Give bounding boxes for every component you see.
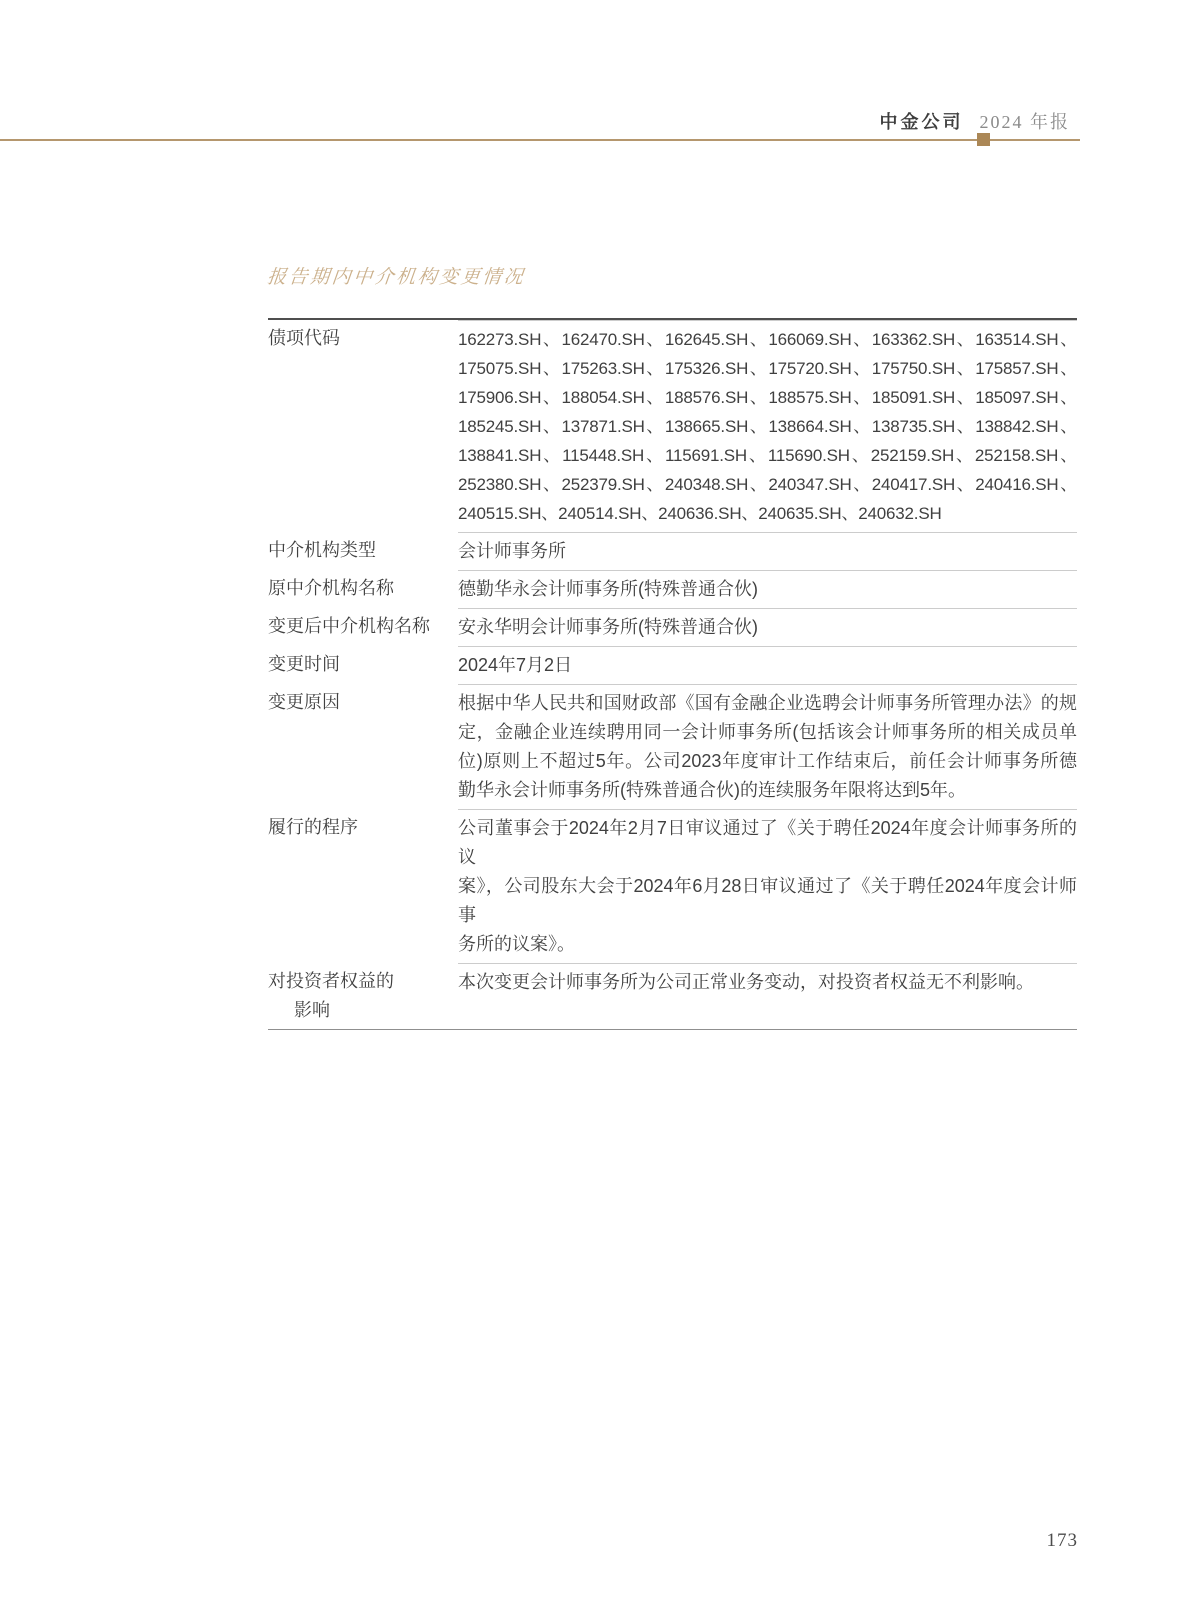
row-label-line: 对投资者权益的 (268, 971, 394, 991)
row-value: 德勤华永会计师事务所(特殊普通合伙) (458, 570, 1077, 608)
row-label: 履行的程序 (268, 809, 458, 963)
header-rule-square-icon (977, 133, 990, 146)
value-line: 案》，公司股东大会于2024年6月28日审议通过了《关于聘任2024年度会计师事 (458, 872, 1077, 930)
row-value: 根据中华人民共和国财政部《国有金融企业选聘会计师事务所管理办法》的规 定，金融企… (458, 684, 1077, 809)
row-label: 变更后中介机构名称 (268, 608, 458, 646)
value-line: 185245.SH、137871.SH、138665.SH、138664.SH、… (458, 412, 1077, 441)
value-line: 252380.SH、252379.SH、240348.SH、240347.SH、… (458, 470, 1077, 499)
row-label: 变更时间 (268, 646, 458, 684)
row-value: 安永华明会计师事务所(特殊普通合伙) (458, 608, 1077, 646)
value-line: 定，金融企业连续聘用同一会计师事务所(包括该会计师事务所的相关成员单 (458, 718, 1077, 747)
row-label: 债项代码 (268, 320, 458, 532)
header-report-year: 2024 年报 (980, 112, 1071, 132)
value-line: 勤华永会计师事务所(特殊普通合伙)的连续服务年限将达到5年。 (458, 776, 1077, 805)
table-row-former-intermediary: 原中介机构名称 德勤华永会计师事务所(特殊普通合伙) (268, 570, 1077, 608)
table-row-intermediary-type: 中介机构类型 会计师事务所 (268, 532, 1077, 570)
value-line: 务所的议案》。 (458, 930, 1077, 959)
row-value: 2024年7月2日 (458, 646, 1077, 684)
header-company-name: 中金公司 (880, 112, 964, 132)
row-value: 公司董事会于2024年2月7日审议通过了《关于聘任2024年度会计师事务所的议 … (458, 809, 1077, 963)
row-label: 对投资者权益的 影响 (268, 963, 458, 1029)
table-row-investor-impact: 对投资者权益的 影响 本次变更会计师事务所为公司正常业务变动，对投资者权益无不利… (268, 963, 1077, 1029)
intermediary-change-table: 债项代码 162273.SH、162470.SH、162645.SH、16606… (268, 318, 1077, 1030)
header-rule-line (0, 139, 1080, 141)
table-row-procedures: 履行的程序 公司董事会于2024年2月7日审议通过了《关于聘任2024年度会计师… (268, 809, 1077, 963)
row-value: 会计师事务所 (458, 532, 1077, 570)
table-row-change-reason: 变更原因 根据中华人民共和国财政部《国有金融企业选聘会计师事务所管理办法》的规 … (268, 684, 1077, 809)
value-line: 162273.SH、162470.SH、162645.SH、166069.SH、… (458, 325, 1077, 354)
row-value: 162273.SH、162470.SH、162645.SH、166069.SH、… (458, 320, 1077, 532)
page-header: 中金公司2024 年报 (880, 108, 1071, 134)
value-line: 138841.SH、115448.SH、115691.SH、115690.SH、… (458, 441, 1077, 470)
table-row-bond-codes: 债项代码 162273.SH、162470.SH、162645.SH、16606… (268, 320, 1077, 532)
row-label: 中介机构类型 (268, 532, 458, 570)
row-label: 变更原因 (268, 684, 458, 809)
section-title: 报告期内中介机构变更情况 (266, 262, 527, 289)
row-value: 本次变更会计师事务所为公司正常业务变动，对投资者权益无不利影响。 (458, 963, 1077, 1029)
table-row-change-date: 变更时间 2024年7月2日 (268, 646, 1077, 684)
report-page: 中金公司2024 年报 报告期内中介机构变更情况 债项代码 162273.SH、… (0, 0, 1190, 1615)
value-line: 位)原则上不超过5年。公司2023年度审计工作结束后，前任会计师事务所德 (458, 747, 1077, 776)
page-number: 173 (1047, 1530, 1079, 1552)
row-label: 原中介机构名称 (268, 570, 458, 608)
value-line: 根据中华人民共和国财政部《国有金融企业选聘会计师事务所管理办法》的规 (458, 689, 1077, 718)
value-line: 240515.SH、240514.SH、240636.SH、240635.SH、… (458, 499, 1077, 528)
value-line: 175906.SH、188054.SH、188576.SH、188575.SH、… (458, 383, 1077, 412)
value-line: 公司董事会于2024年2月7日审议通过了《关于聘任2024年度会计师事务所的议 (458, 814, 1077, 872)
row-label-line: 影响 (268, 996, 452, 1025)
value-line: 175075.SH、175263.SH、175326.SH、175720.SH、… (458, 354, 1077, 383)
table-row-new-intermediary: 变更后中介机构名称 安永华明会计师事务所(特殊普通合伙) (268, 608, 1077, 646)
